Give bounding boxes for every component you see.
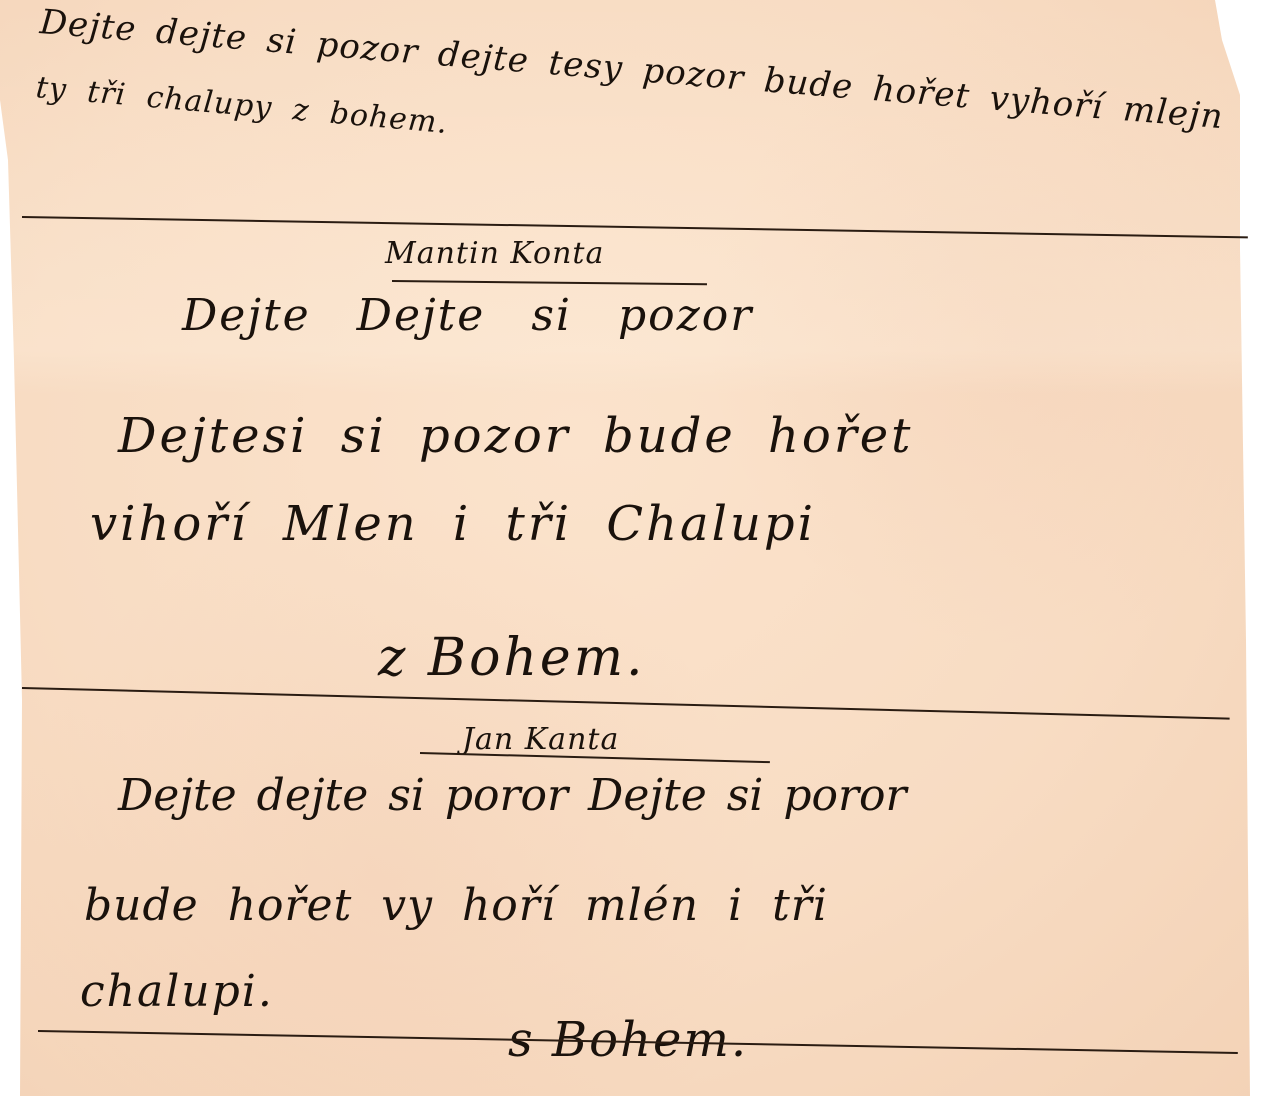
- section-1-closing: z Bohem.: [378, 628, 646, 688]
- section-2-line-1: Dejte dejte si poror Dejte si poror: [118, 770, 907, 821]
- section-1-line-2: Dejtesi si pozor bude hořet: [118, 408, 913, 464]
- section-2-author: Jan Kanta: [462, 722, 619, 757]
- section-2-line-2: bude hořet vy hoří mlén i tři: [84, 880, 828, 931]
- section-1-author: Mantin Konta: [385, 236, 604, 271]
- section-2-line-3: chalupi.: [80, 966, 274, 1017]
- section-1-line-1: Dejte Dejte si pozor: [182, 290, 753, 341]
- section-1-line-3: vihoří Mlen i tři Chalupi: [90, 496, 816, 552]
